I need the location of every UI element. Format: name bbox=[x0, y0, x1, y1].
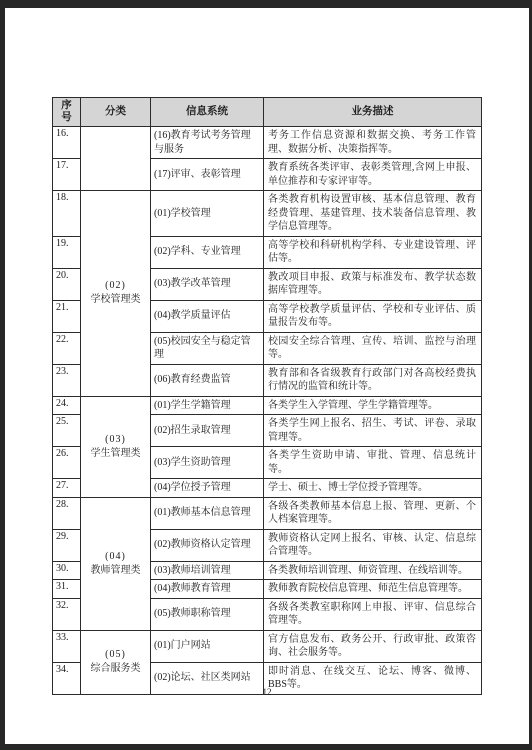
row-number: 22. bbox=[53, 332, 81, 364]
row-number: 25. bbox=[53, 415, 81, 447]
table-row: 18. (02) 学校管理类 (01)学校管理 各类教育机构设置审核、基本信息管… bbox=[53, 191, 482, 237]
row-number: 27. bbox=[53, 479, 81, 498]
system-cell: (03)教学改革管理 bbox=[151, 268, 264, 300]
category-name: 综合服务类 bbox=[82, 662, 149, 676]
description-cell: 各级各类教室职称网上申报、评审、信息综合管理等。 bbox=[264, 598, 482, 630]
row-number: 31. bbox=[53, 580, 81, 599]
system-cell: (01)教师基本信息管理 bbox=[151, 497, 264, 529]
table-row: 33. (05) 综合服务类 (01)门户网站 官方信息发布、政务公开、行政审批… bbox=[53, 630, 482, 662]
row-number: 16. bbox=[53, 127, 81, 159]
category-cell: (03) 学生管理类 bbox=[81, 396, 151, 497]
description-cell: 教育系统各类评审、表彰类管理,含网上申报、单位推荐和专家评审等。 bbox=[264, 159, 482, 191]
description-cell: 各类学生入学管理、学生学籍管理等。 bbox=[264, 396, 482, 415]
description-cell: 各类教师培训管理、师资管理、在线培训等。 bbox=[264, 561, 482, 580]
category-name: 学校管理类 bbox=[82, 293, 149, 307]
description-cell: 各级各类教师基本信息上报、管理、更新、个人档案管理等。 bbox=[264, 497, 482, 529]
system-cell: (05)校园安全与稳定管理 bbox=[151, 332, 264, 364]
description-cell: 教育部和各省级教育行政部门对各高校经费执行情况的监管和统计等。 bbox=[264, 364, 482, 396]
category-code: (05) bbox=[82, 648, 149, 662]
description-cell: 高等学校和科研机构学科、专业建设管理、评估等。 bbox=[264, 236, 482, 268]
description-cell: 各类学生资助申请、审批、管理、信息统计等。 bbox=[264, 447, 482, 479]
table-row: 16. (16)教育考试考务管理与服务 考务工作信息资源和数据交换、考务工作管理… bbox=[53, 127, 482, 159]
row-number: 24. bbox=[53, 396, 81, 415]
description-cell: 考务工作信息资源和数据交换、考务工作管理、数据分析、决策指挥等。 bbox=[264, 127, 482, 159]
row-number: 17. bbox=[53, 159, 81, 191]
description-cell: 高等学校教学质量评估、学校和专业评估、质量报告发布等。 bbox=[264, 300, 482, 332]
system-cell: (01)门户网站 bbox=[151, 630, 264, 662]
category-cell: (05) 综合服务类 bbox=[81, 630, 151, 694]
description-cell: 各类教育机构设置审核、基本信息管理、教育经费管理、基建管理、技术装备信息管理、教… bbox=[264, 191, 482, 237]
scan-background: { "page": { "number": "12" }, "colors": … bbox=[0, 0, 532, 750]
document-page: 序 号 分类 信息系统 业务描述 16. (16)教育考试考务管理与服务 考务工… bbox=[5, 8, 529, 744]
row-number: 20. bbox=[53, 268, 81, 300]
category-code: (04) bbox=[82, 550, 149, 564]
system-cell: (01)学生学籍管理 bbox=[151, 396, 264, 415]
system-cell: (02)招生录取管理 bbox=[151, 415, 264, 447]
category-code: (03) bbox=[82, 433, 149, 447]
row-number: 28. bbox=[53, 497, 81, 529]
description-cell: 学士、硕士、博士学位授予管理等。 bbox=[264, 479, 482, 498]
row-number: 23. bbox=[53, 364, 81, 396]
category-name: 学生管理类 bbox=[82, 447, 149, 461]
row-number: 19. bbox=[53, 236, 81, 268]
system-cell: (17)评审、表彰管理 bbox=[151, 159, 264, 191]
row-number: 30. bbox=[53, 561, 81, 580]
system-cell: (06)教育经费监管 bbox=[151, 364, 264, 396]
table-row: 24. (03) 学生管理类 (01)学生学籍管理 各类学生入学管理、学生学籍管… bbox=[53, 396, 482, 415]
header-category: 分类 bbox=[81, 98, 151, 127]
category-cell: (04) 教师管理类 bbox=[81, 497, 151, 630]
header-serial-number: 序 号 bbox=[53, 98, 81, 127]
row-number: 32. bbox=[53, 598, 81, 630]
system-cell: (01)学校管理 bbox=[151, 191, 264, 237]
system-cell: (04)学位授予管理 bbox=[151, 479, 264, 498]
system-cell: (16)教育考试考务管理与服务 bbox=[151, 127, 264, 159]
system-cell: (03)教师培训管理 bbox=[151, 561, 264, 580]
description-cell: 教改项目申报、政策与标准发布、教学状态数据库管理等。 bbox=[264, 268, 482, 300]
description-cell: 各类学生网上报名、招生、考试、评卷、录取管理等。 bbox=[264, 415, 482, 447]
row-number: 33. bbox=[53, 630, 81, 662]
system-cell: (02)学科、专业管理 bbox=[151, 236, 264, 268]
header-system: 信息系统 bbox=[151, 98, 264, 127]
row-number: 18. bbox=[53, 191, 81, 237]
system-cell: (02)教师资格认定管理 bbox=[151, 529, 264, 561]
info-systems-table: 序 号 分类 信息系统 业务描述 16. (16)教育考试考务管理与服务 考务工… bbox=[52, 97, 482, 695]
row-number: 29. bbox=[53, 529, 81, 561]
description-cell: 校园安全综合管理、宣传、培训、监控与治理等。 bbox=[264, 332, 482, 364]
description-cell: 教师资格认定网上报名、审核、认定、信息综合管理等。 bbox=[264, 529, 482, 561]
row-number: 26. bbox=[53, 447, 81, 479]
system-cell: (03)学生资助管理 bbox=[151, 447, 264, 479]
system-cell: (04)教学质量评估 bbox=[151, 300, 264, 332]
system-cell: (05)教师职称管理 bbox=[151, 598, 264, 630]
table-row: 28. (04) 教师管理类 (01)教师基本信息管理 各级各类教师基本信息上报… bbox=[53, 497, 482, 529]
description-cell: 官方信息发布、政务公开、行政审批、政策咨询、社会服务等。 bbox=[264, 630, 482, 662]
category-code: (02) bbox=[82, 279, 149, 293]
table-header-row: 序 号 分类 信息系统 业务描述 bbox=[53, 98, 482, 127]
header-description: 业务描述 bbox=[264, 98, 482, 127]
category-name: 教师管理类 bbox=[82, 564, 149, 578]
category-cell: (02) 学校管理类 bbox=[81, 191, 151, 397]
row-number: 21. bbox=[53, 300, 81, 332]
page-number: 12 bbox=[5, 687, 529, 698]
category-cell bbox=[81, 127, 151, 191]
system-cell: (04)教师教育管理 bbox=[151, 580, 264, 599]
description-cell: 教师教育院校信息管理、师范生信息管理等。 bbox=[264, 580, 482, 599]
